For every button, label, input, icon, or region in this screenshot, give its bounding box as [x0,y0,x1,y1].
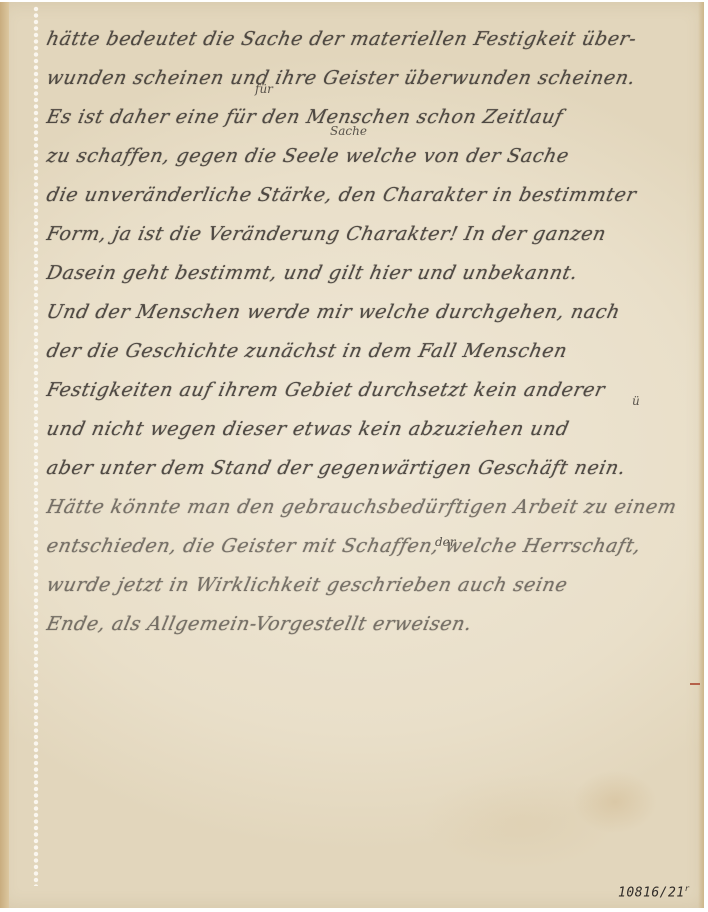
text-line-12: aber unter dem Stand der gegenwärtigen G… [42,453,690,492]
binding-edge [0,2,9,908]
text-line-14: entschieden, die Geister mit Schaffen, w… [42,531,690,570]
archive-number-suffix: r [685,884,690,893]
text-line-7: Dasein geht bestimmt, und gilt hier und … [42,258,690,297]
text-line-13: Hätte könnte man den gebrauchsbedürftige… [42,492,690,531]
text-line-1: hätte bedeutet die Sache der materiellen… [42,24,690,63]
page-edge [698,2,704,908]
interlinear-insertion: Sache [330,124,367,138]
manuscript-page: hätte bedeutet die Sache der materiellen… [0,2,704,908]
text-line-10: Festigkeiten auf ihrem Gebiet durchsetzt… [42,375,690,414]
text-line-6: Form, ja ist die Veränderung Charakter! … [42,219,690,258]
archive-number-value: 10816/21 [618,885,685,900]
archive-number: 10816/21r [618,884,690,900]
text-line-5: die unveränderliche Stärke, den Charakte… [42,180,690,219]
text-line-2: wunden scheinen und ihre Geister überwun… [42,63,690,102]
interlinear-insertion: der [435,535,456,549]
interlinear-insertion: für [255,82,273,96]
text-line-15: wurde jetzt in Wirklichkeit geschrieben … [42,570,690,609]
handwritten-text: hätte bedeutet die Sache der materiellen… [46,24,686,648]
red-margin-mark [690,683,700,685]
perforated-edge [33,6,39,886]
text-line-4: zu schaffen, gegen die Seele welche von … [42,141,690,180]
text-line-8: Und der Menschen werde mir welche durchg… [42,297,690,336]
text-line-9: der die Geschichte zunächst in dem Fall … [42,336,690,375]
text-line-16: Ende, als Allgemein-Vorgestellt erweisen… [42,609,690,648]
interlinear-insertion: ü [632,394,640,408]
text-line-11: und nicht wegen dieser etwas kein abzuzi… [42,414,690,453]
